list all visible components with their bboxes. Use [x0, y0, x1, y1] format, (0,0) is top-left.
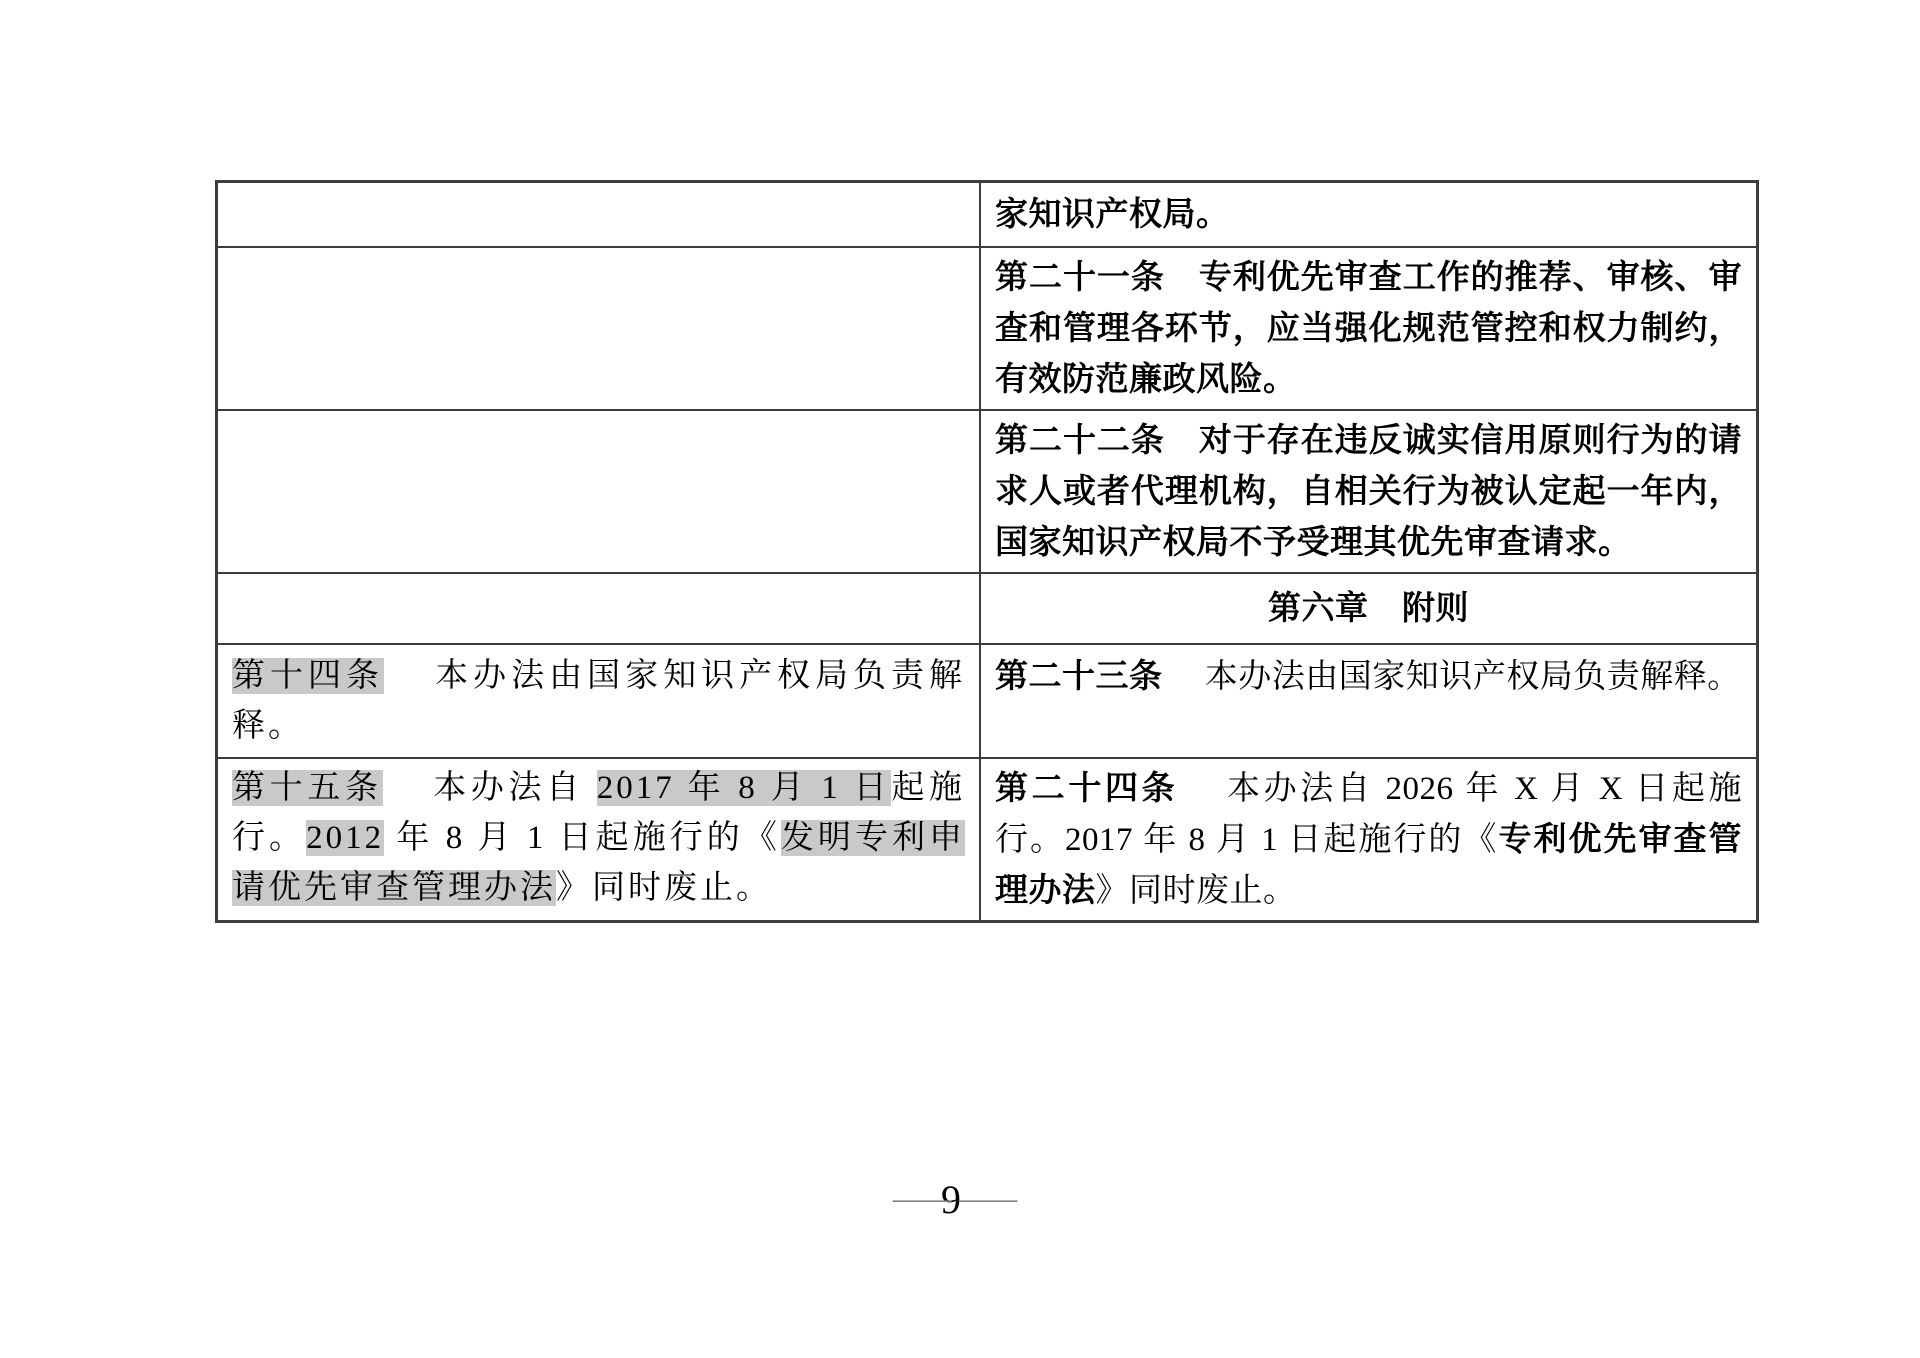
date-2012-highlight: 2012	[306, 820, 384, 856]
article-15-label-highlight: 第十五条	[232, 770, 383, 806]
new-version-cell: 家知识产权局。	[980, 182, 1758, 248]
old-version-cell-empty	[217, 247, 981, 410]
new-version-cell: 第二十一条 专利优先审查工作的推荐、审核、审查和管理各环节，应当强化规范管控和权…	[980, 247, 1758, 410]
article-15-body-1: 本办法自	[383, 770, 597, 806]
article-24-body-2: 》同时废止。	[1096, 873, 1297, 909]
table-row: 家知识产权局。	[217, 182, 1758, 248]
old-version-cell-empty	[217, 573, 981, 644]
article-14-label-highlight: 第十四条	[232, 658, 384, 694]
article-24-label: 第二十四条	[995, 769, 1178, 806]
table-row: 第十五条 本办法自 2017 年 8 月 1 日起施行。2012 年 8 月 1…	[217, 758, 1758, 922]
article-21-text: 第二十一条 专利优先审查工作的推荐、审核、审查和管理各环节，应当强化规范管控和权…	[995, 258, 1742, 397]
old-version-cell-empty	[217, 182, 981, 248]
article-23-body: 本办法由国家知识产权局负责解释。	[1163, 659, 1741, 695]
table-row: 第十四条 本办法由国家知识产权局负责解释。 第二十三条 本办法由国家知识产权局负…	[217, 644, 1758, 758]
page-container: 家知识产权局。 第二十一条 专利优先审查工作的推荐、审核、审查和管理各环节，应当…	[0, 0, 1920, 1358]
article-23-label: 第二十三条	[995, 657, 1163, 694]
new-version-cell: 第二十四条 本办法自 2026 年 X 月 X 日起施行。2017 年 8 月 …	[980, 758, 1758, 922]
article-15-body-3: 年 8 月 1 日起施行的《	[384, 820, 781, 856]
table-row: 第二十一条 专利优先审查工作的推荐、审核、审查和管理各环节，应当强化规范管控和权…	[217, 247, 1758, 410]
date-2017-highlight: 2017 年 8 月 1 日	[597, 770, 892, 806]
old-version-cell: 第十四条 本办法由国家知识产权局负责解释。	[217, 644, 981, 758]
page-number-dash-right: —	[959, 1177, 1017, 1221]
old-version-cell-empty	[217, 410, 981, 573]
old-version-cell: 第十五条 本办法自 2017 年 8 月 1 日起施行。2012 年 8 月 1…	[217, 758, 981, 922]
table-row: 第二十二条 对于存在违反诚实信用原则行为的请求人或者代理机构，自相关行为被认定起…	[217, 410, 1758, 573]
new-version-cell: 第二十二条 对于存在违反诚实信用原则行为的请求人或者代理机构，自相关行为被认定起…	[980, 410, 1758, 573]
article-15-body-4: 》同时废止。	[556, 870, 772, 906]
continued-paragraph-text: 家知识产权局。	[995, 195, 1230, 232]
page-number-dash-left: —	[893, 1177, 951, 1221]
article-22-text: 第二十二条 对于存在违反诚实信用原则行为的请求人或者代理机构，自相关行为被认定起…	[995, 421, 1742, 560]
new-version-cell: 第二十三条 本办法由国家知识产权局负责解释。	[980, 644, 1758, 758]
chapter-6-heading: 第六章 附则	[1268, 589, 1469, 626]
new-version-cell: 第六章 附则	[980, 573, 1758, 644]
comparison-table: 家知识产权局。 第二十一条 专利优先审查工作的推荐、审核、审查和管理各环节，应当…	[215, 180, 1759, 923]
page-footer: —9—	[215, 1178, 1695, 1225]
table-row: 第六章 附则	[217, 573, 1758, 644]
